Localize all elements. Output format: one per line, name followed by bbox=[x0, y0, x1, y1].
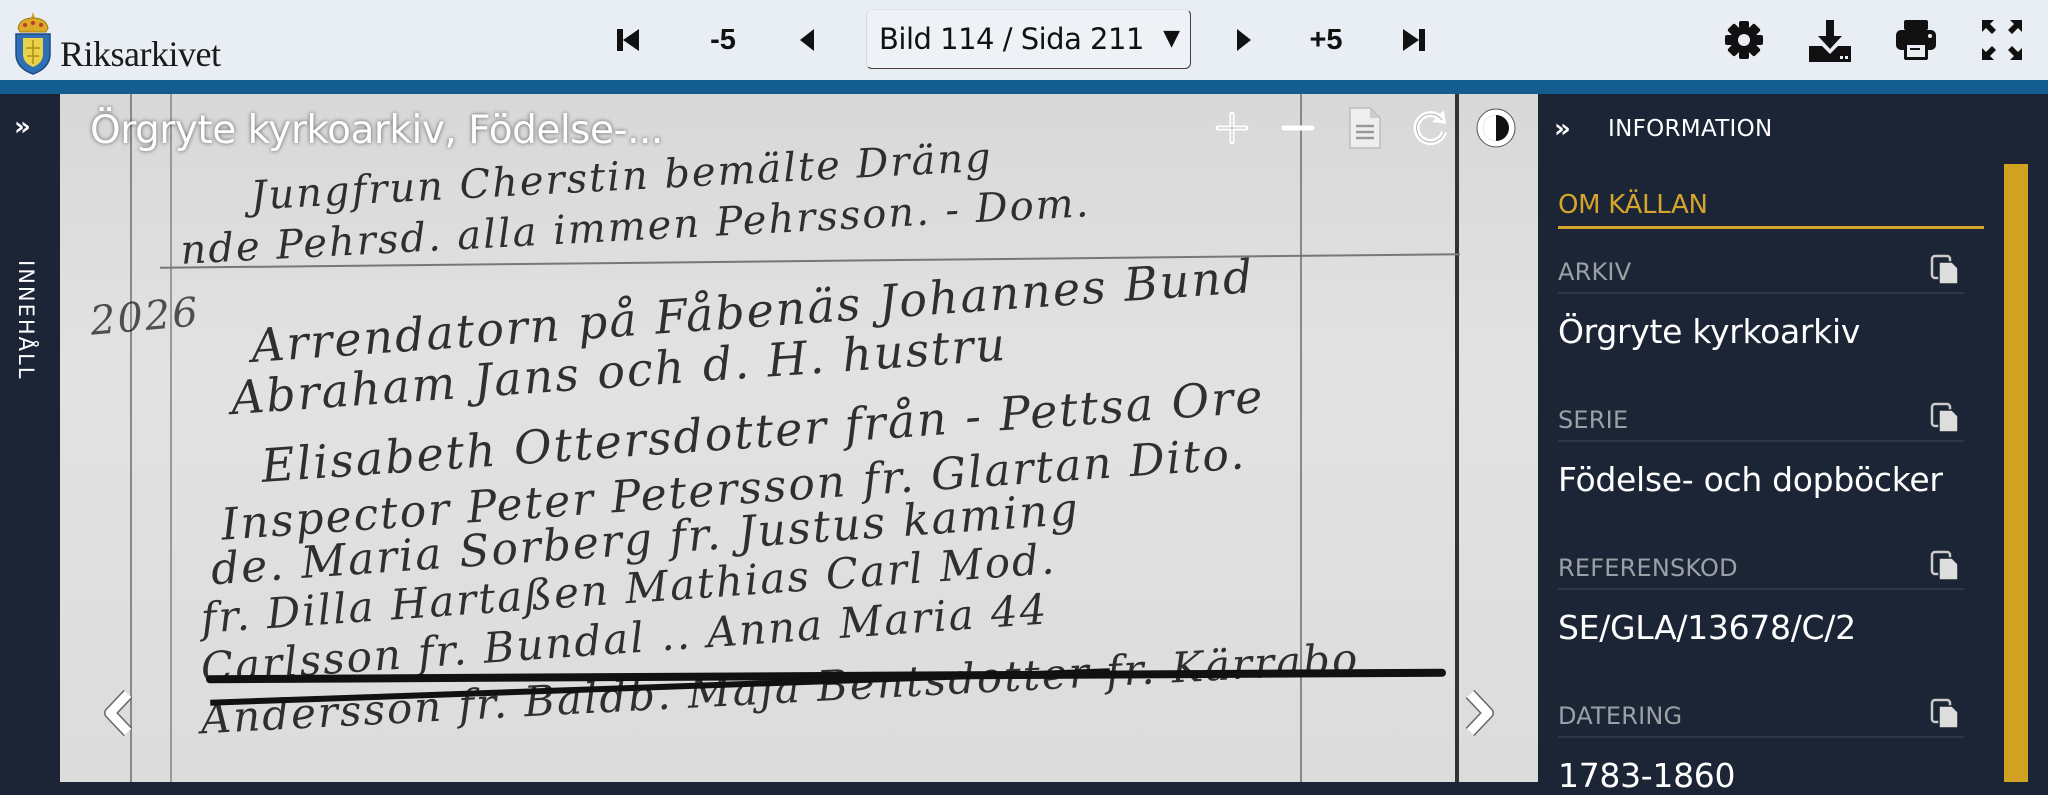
fullscreen-button[interactable] bbox=[1978, 16, 2026, 64]
fullscreen-icon bbox=[1978, 16, 2026, 64]
copy-icon bbox=[1930, 698, 1960, 730]
copy-button[interactable] bbox=[1930, 402, 1960, 434]
crest-icon bbox=[12, 10, 54, 76]
information-title: INFORMATION bbox=[1608, 116, 1773, 142]
information-panel-toggle[interactable]: » INFORMATION bbox=[1554, 114, 1773, 144]
copy-icon bbox=[1930, 254, 1960, 286]
copy-button[interactable] bbox=[1930, 254, 1960, 286]
document-image-viewer[interactable]: Jungfrun Cherstin bemälte Dräng nde Pehr… bbox=[60, 94, 1538, 782]
double-chevron-right-icon: » bbox=[14, 112, 25, 142]
back-5-button[interactable]: -5 bbox=[700, 18, 746, 62]
field-value: 1783-1860 bbox=[1558, 756, 1964, 782]
chevron-right-icon bbox=[1458, 688, 1498, 738]
field-value: SE/GLA/13678/C/2 bbox=[1558, 608, 1964, 647]
panel-scrollbar-thumb[interactable] bbox=[2004, 164, 2028, 782]
minus-icon bbox=[1276, 106, 1320, 150]
skip-last-icon bbox=[1401, 27, 1427, 53]
download-button[interactable] bbox=[1806, 16, 1854, 64]
section-title-om-kallan: OM KÄLLAN bbox=[1558, 190, 1984, 229]
ruled-line bbox=[170, 94, 172, 782]
forward-5-button[interactable]: +5 bbox=[1303, 18, 1349, 62]
copy-icon bbox=[1930, 402, 1960, 434]
header-stripe bbox=[0, 80, 2048, 94]
first-page-button[interactable] bbox=[612, 18, 644, 62]
settings-button[interactable] bbox=[1720, 16, 1768, 64]
field-referenskod: REFERENSKOD SE/GLA/13678/C/2 bbox=[1558, 554, 1964, 647]
field-label: ARKIV bbox=[1558, 258, 1964, 294]
copy-button[interactable] bbox=[1930, 550, 1960, 582]
plus-icon bbox=[1210, 106, 1254, 150]
contrast-icon bbox=[1474, 106, 1518, 150]
print-button[interactable] bbox=[1892, 16, 1940, 64]
next-page-button[interactable] bbox=[1232, 18, 1256, 62]
caret-left-icon bbox=[798, 28, 816, 52]
field-serie: SERIE Födelse- och dopböcker bbox=[1558, 406, 1964, 499]
last-page-button[interactable] bbox=[1398, 18, 1430, 62]
information-panel: » INFORMATION OM KÄLLAN ARKIV Örgryte ky… bbox=[1538, 94, 2048, 782]
riksarkivet-logo[interactable]: Riksarkivet bbox=[12, 8, 220, 76]
contents-label: INNEHÅLL bbox=[14, 260, 38, 380]
previous-image-button[interactable] bbox=[100, 688, 140, 738]
field-label: DATERING bbox=[1558, 702, 1964, 738]
next-image-button[interactable] bbox=[1458, 688, 1498, 738]
gear-icon bbox=[1720, 16, 1768, 64]
margin-number: 2026 bbox=[88, 289, 201, 344]
copy-button[interactable] bbox=[1930, 698, 1960, 730]
zoom-in-button[interactable] bbox=[1210, 106, 1254, 150]
rotate-button[interactable] bbox=[1408, 106, 1452, 150]
rotate-icon bbox=[1408, 106, 1452, 150]
zoom-out-button[interactable] bbox=[1276, 106, 1320, 150]
document-icon bbox=[1342, 106, 1386, 150]
field-value: Örgryte kyrkoarkiv bbox=[1558, 312, 1964, 351]
dropdown-arrow-icon: ▼ bbox=[1163, 26, 1180, 51]
caret-right-icon bbox=[1235, 28, 1253, 52]
field-label: REFERENSKOD bbox=[1558, 554, 1964, 590]
top-toolbar: Riksarkivet -5 Bild 114 / Sida 211 ▼ +5 bbox=[0, 0, 2048, 80]
field-label: SERIE bbox=[1558, 406, 1964, 442]
ruled-line bbox=[1455, 94, 1459, 782]
contrast-button[interactable] bbox=[1474, 106, 1518, 150]
printer-icon bbox=[1892, 16, 1940, 64]
double-chevron-right-icon: » bbox=[1554, 114, 1594, 144]
document-title: Örgryte kyrkoarkiv, Födelse-... bbox=[90, 108, 663, 153]
ruled-line bbox=[130, 94, 132, 782]
field-value: Födelse- och dopböcker bbox=[1558, 460, 1964, 499]
logo-text: Riksarkivet bbox=[60, 36, 220, 72]
page-select-value: Bild 114 / Sida 211 bbox=[879, 22, 1144, 56]
download-icon bbox=[1806, 16, 1854, 64]
skip-first-icon bbox=[615, 27, 641, 53]
previous-page-button[interactable] bbox=[795, 18, 819, 62]
contents-sidebar-toggle[interactable]: » INNEHÅLL bbox=[0, 94, 60, 782]
chevron-left-icon bbox=[100, 688, 140, 738]
copy-icon bbox=[1930, 550, 1960, 582]
field-datering: DATERING 1783-1860 bbox=[1558, 702, 1964, 782]
field-arkiv: ARKIV Örgryte kyrkoarkiv bbox=[1558, 258, 1964, 351]
page-select-dropdown[interactable]: Bild 114 / Sida 211 ▼ bbox=[866, 9, 1191, 69]
page-info-button[interactable] bbox=[1342, 106, 1386, 150]
